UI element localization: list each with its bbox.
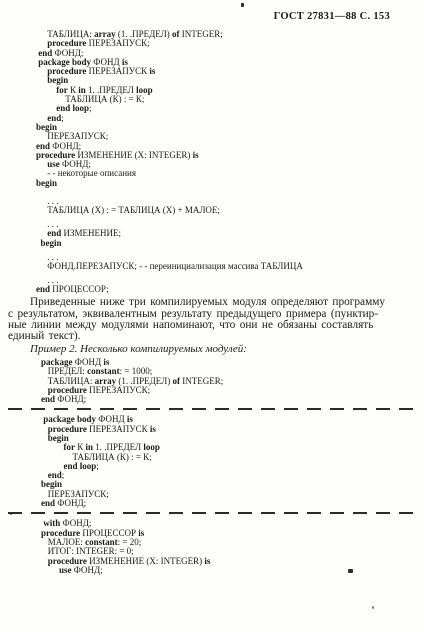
code-block-example1: ТАБЛИЦА: array (1. .ПРЕДЕЛ) of INTEGER; … bbox=[36, 30, 416, 294]
code-line: end ИЗМЕНЕНИЕ; bbox=[36, 229, 416, 238]
dashed-separator-2 bbox=[8, 512, 416, 514]
scan-speck bbox=[10, 513, 12, 515]
code-line: ПЕРЕЗАПУСК; bbox=[41, 490, 416, 499]
example2-heading: Пример 2. Несколько компилируемых модуле… bbox=[30, 344, 416, 356]
code-line: - - некоторые описания bbox=[36, 169, 416, 178]
body-paragraph: Приведенные ниже три компилируемых модул… bbox=[8, 297, 416, 342]
dashed-separator-1 bbox=[8, 408, 416, 410]
para-line: Приведенные ниже три компилируемых модул… bbox=[8, 297, 416, 308]
document-page: ГОСТ 27831—88 С. 153 ТАБЛИЦА: array (1. … bbox=[0, 0, 424, 632]
code-line: end ФОНД; bbox=[41, 499, 416, 508]
code-line: ТАБЛИЦА (X) : = ТАБЛИЦА (X) + МАЛОЕ; bbox=[36, 206, 416, 215]
code-line: begin bbox=[36, 239, 416, 248]
code-line: procedure ПЕРЕЗАПУСК; bbox=[36, 39, 416, 48]
scan-speck bbox=[372, 606, 374, 609]
code-line: ТАБЛИЦА (К) : = К; bbox=[36, 95, 416, 104]
scan-speck bbox=[241, 3, 244, 7]
code-line: ПЕРЕЗАПУСК; bbox=[36, 132, 416, 141]
para-line: единый текст). bbox=[8, 331, 416, 342]
code-block-package-spec: package ФОНД is ПРЕДЕЛ: constant: = 1000… bbox=[41, 358, 416, 404]
code-block-main-procedure: with ФОНД;procedure ПРОЦЕССОР is МАЛОЕ: … bbox=[41, 519, 416, 575]
code-line: end ПРОЦЕССОР; bbox=[36, 285, 416, 294]
code-line: end loop; bbox=[41, 462, 416, 471]
code-line: ФОНД.ПЕРЕЗАПУСК; - - переинициализация м… bbox=[36, 262, 416, 271]
code-block-package-body: package body ФОНД is procedure ПЕРЕЗАПУС… bbox=[41, 415, 416, 508]
code-line: end; bbox=[36, 114, 416, 123]
code-line: begin bbox=[36, 179, 416, 188]
code-line: end loop; bbox=[36, 104, 416, 113]
code-line: use ФОНД; bbox=[41, 566, 416, 575]
code-line: end; bbox=[41, 471, 416, 480]
page-header: ГОСТ 27831—88 С. 153 bbox=[8, 11, 416, 22]
code-line: procedure ИЗМЕНЕНИЕ (X: INTEGER) is bbox=[36, 151, 416, 160]
code-line: procedure ПЕРЕЗАПУСК is bbox=[36, 67, 416, 76]
scan-speck bbox=[348, 569, 353, 573]
code-line: end ФОНД; bbox=[41, 395, 416, 404]
code-line: procedure ПЕРЕЗАПУСК; bbox=[41, 386, 416, 395]
code-line: procedure ПЕРЕЗАПУСК is bbox=[41, 425, 416, 434]
